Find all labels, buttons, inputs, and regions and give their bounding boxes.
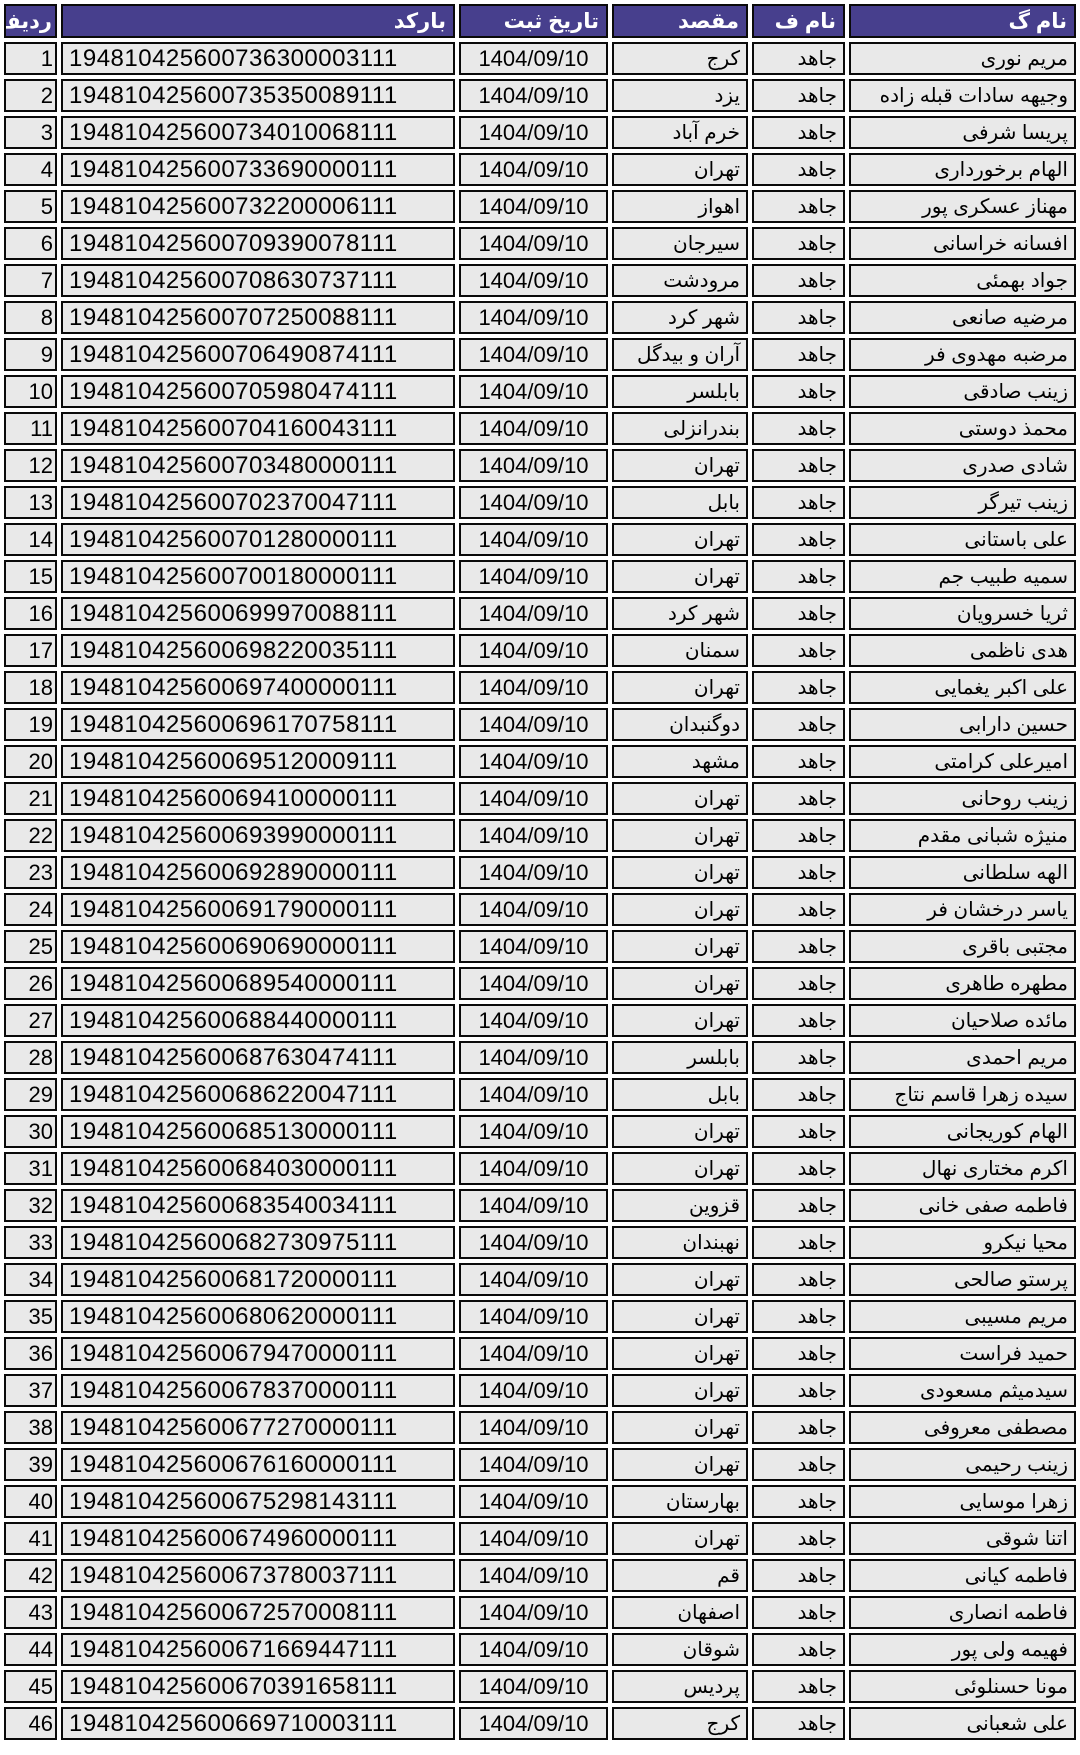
cell-row-number: 38 xyxy=(4,1411,57,1444)
cell-row-number: 44 xyxy=(4,1633,57,1666)
cell-barcode: 194810425600689540000111 xyxy=(61,967,455,1000)
cell-date: 1404/09/10 xyxy=(459,1226,608,1259)
cell-row-number: 29 xyxy=(4,1078,57,1111)
cell-date: 1404/09/10 xyxy=(459,819,608,852)
cell-destination: تهران xyxy=(612,1337,748,1370)
cell-row-number: 1 xyxy=(4,42,57,75)
cell-barcode: 194810425600705980474111 xyxy=(61,375,455,408)
cell-row-number: 9 xyxy=(4,338,57,371)
cell-date: 1404/09/10 xyxy=(459,1670,608,1703)
cell-row-number: 6 xyxy=(4,227,57,260)
report-page: نام گ نام ف مقصد تاریخ ثبت بارکد ردیف مر… xyxy=(0,0,1080,1755)
cell-row-number: 8 xyxy=(4,301,57,334)
cell-sender-name: جاهد xyxy=(752,560,845,593)
cell-recipient-name: جواد بهمئی xyxy=(849,264,1076,297)
cell-sender-name: جاهد xyxy=(752,1485,845,1518)
cell-barcode: 194810425600736300003111 xyxy=(61,42,455,75)
cell-destination: کرج xyxy=(612,1707,748,1740)
cell-row-number: 24 xyxy=(4,893,57,926)
cell-sender-name: جاهد xyxy=(752,634,845,667)
cell-row-number: 45 xyxy=(4,1670,57,1703)
cell-recipient-name: مریم احمدی xyxy=(849,1041,1076,1074)
cell-destination: تهران xyxy=(612,1263,748,1296)
cell-barcode: 194810425600697400000111 xyxy=(61,671,455,704)
cell-row-number: 5 xyxy=(4,190,57,223)
cell-row-number: 13 xyxy=(4,486,57,519)
cell-barcode: 194810425600687630474111 xyxy=(61,1041,455,1074)
table-row: فاطمه کیانیجاهدقم1404/09/101948104256006… xyxy=(4,1559,1076,1592)
cell-destination: تهران xyxy=(612,449,748,482)
table-row: سیده زهرا قاسم نتاججاهدبابل1404/09/10194… xyxy=(4,1078,1076,1111)
cell-destination: کرج xyxy=(612,42,748,75)
table-row: سیدمیثم مسعودیجاهدتهران1404/09/101948104… xyxy=(4,1374,1076,1407)
cell-barcode: 194810425600679470000111 xyxy=(61,1337,455,1370)
table-row: زهرا موساییجاهدبهارستان1404/09/101948104… xyxy=(4,1485,1076,1518)
cell-recipient-name: حمید فراست xyxy=(849,1337,1076,1370)
cell-destination: بندرانزلی xyxy=(612,412,748,445)
cell-row-number: 3 xyxy=(4,116,57,149)
cell-row-number: 33 xyxy=(4,1226,57,1259)
cell-row-number: 12 xyxy=(4,449,57,482)
cell-recipient-name: مرضیه صانعی xyxy=(849,301,1076,334)
cell-sender-name: جاهد xyxy=(752,1670,845,1703)
cell-row-number: 20 xyxy=(4,745,57,778)
table-row: فاطمه انصاریجاهداصفهان1404/09/1019481042… xyxy=(4,1596,1076,1629)
cell-date: 1404/09/10 xyxy=(459,671,608,704)
cell-recipient-name: محمذ دوستی xyxy=(849,412,1076,445)
cell-barcode: 194810425600702370047111 xyxy=(61,486,455,519)
table-row: مهناز عسکری پورجاهداهواز1404/09/10194810… xyxy=(4,190,1076,223)
table-row: مریم احمدیجاهدبابلسر1404/09/101948104256… xyxy=(4,1041,1076,1074)
cell-destination: تهران xyxy=(612,967,748,1000)
cell-sender-name: جاهد xyxy=(752,819,845,852)
cell-date: 1404/09/10 xyxy=(459,560,608,593)
cell-row-number: 37 xyxy=(4,1374,57,1407)
cell-sender-name: جاهد xyxy=(752,1374,845,1407)
cell-barcode: 194810425600685130000111 xyxy=(61,1115,455,1148)
cell-sender-name: جاهد xyxy=(752,153,845,186)
table-row: علی اکبر یغماییجاهدتهران1404/09/10194810… xyxy=(4,671,1076,704)
cell-barcode: 194810425600671669447111 xyxy=(61,1633,455,1666)
cell-barcode: 194810425600683540034111 xyxy=(61,1189,455,1222)
cell-sender-name: جاهد xyxy=(752,227,845,260)
table-row: سمیه طبیب جمجاهدتهران1404/09/10194810425… xyxy=(4,560,1076,593)
cell-date: 1404/09/10 xyxy=(459,338,608,371)
table-row: الهام کوریجانیجاهدتهران1404/09/101948104… xyxy=(4,1115,1076,1148)
table-row: علی باستانیجاهدتهران1404/09/101948104256… xyxy=(4,523,1076,556)
cell-row-number: 42 xyxy=(4,1559,57,1592)
cell-recipient-name: محیا نیکرو xyxy=(849,1226,1076,1259)
cell-barcode: 194810425600693990000111 xyxy=(61,819,455,852)
cell-date: 1404/09/10 xyxy=(459,79,608,112)
table-row: مجتبی باقریجاهدتهران1404/09/101948104256… xyxy=(4,930,1076,963)
cell-recipient-name: مطهره طاهری xyxy=(849,967,1076,1000)
cell-row-number: 4 xyxy=(4,153,57,186)
cell-recipient-name: فاطمه انصاری xyxy=(849,1596,1076,1629)
cell-row-number: 15 xyxy=(4,560,57,593)
cell-sender-name: جاهد xyxy=(752,79,845,112)
cell-destination: سیرجان xyxy=(612,227,748,260)
cell-recipient-name: فاطمه کیانی xyxy=(849,1559,1076,1592)
cell-sender-name: جاهد xyxy=(752,190,845,223)
cell-barcode: 194810425600690690000111 xyxy=(61,930,455,963)
column-header-barcode: بارکد xyxy=(61,4,455,38)
cell-date: 1404/09/10 xyxy=(459,1707,608,1740)
table-row: زینب تیرگرجاهدبابل1404/09/10194810425600… xyxy=(4,486,1076,519)
cell-recipient-name: مریم نوری xyxy=(849,42,1076,75)
cell-date: 1404/09/10 xyxy=(459,1596,608,1629)
cell-sender-name: جاهد xyxy=(752,1411,845,1444)
cell-barcode: 194810425600704160043111 xyxy=(61,412,455,445)
cell-barcode: 194810425600688440000111 xyxy=(61,1004,455,1037)
cell-date: 1404/09/10 xyxy=(459,523,608,556)
table-row: هدی ناظمیجاهدسمنان1404/09/10194810425600… xyxy=(4,634,1076,667)
cell-barcode: 194810425600700180000111 xyxy=(61,560,455,593)
table-row: امیرعلی کرامتیجاهدمشهد1404/09/1019481042… xyxy=(4,745,1076,778)
cell-row-number: 27 xyxy=(4,1004,57,1037)
cell-row-number: 30 xyxy=(4,1115,57,1148)
cell-destination: تهران xyxy=(612,1115,748,1148)
cell-row-number: 16 xyxy=(4,597,57,630)
table-row: مرضیه صانعیجاهدشهر کرد1404/09/1019481042… xyxy=(4,301,1076,334)
cell-date: 1404/09/10 xyxy=(459,449,608,482)
table-row: افسانه خراسانیجاهدسیرجان1404/09/10194810… xyxy=(4,227,1076,260)
cell-sender-name: جاهد xyxy=(752,930,845,963)
cell-recipient-name: الهام برخورداری xyxy=(849,153,1076,186)
table-row: زینب روحانیجاهدتهران1404/09/101948104256… xyxy=(4,782,1076,815)
cell-destination: تهران xyxy=(612,1004,748,1037)
cell-date: 1404/09/10 xyxy=(459,153,608,186)
cell-row-number: 2 xyxy=(4,79,57,112)
cell-barcode: 194810425600709390078111 xyxy=(61,227,455,260)
cell-date: 1404/09/10 xyxy=(459,1189,608,1222)
cell-barcode: 194810425600695120009111 xyxy=(61,745,455,778)
cell-recipient-name: مجتبی باقری xyxy=(849,930,1076,963)
table-row: جواد بهمئیجاهدمرودشت1404/09/101948104256… xyxy=(4,264,1076,297)
cell-date: 1404/09/10 xyxy=(459,597,608,630)
cell-destination: تهران xyxy=(612,1152,748,1185)
cell-barcode: 194810425600701280000111 xyxy=(61,523,455,556)
cell-barcode: 194810425600699970088111 xyxy=(61,597,455,630)
cell-recipient-name: پرستو صالحی xyxy=(849,1263,1076,1296)
cell-date: 1404/09/10 xyxy=(459,264,608,297)
cell-sender-name: جاهد xyxy=(752,597,845,630)
table-row: یاسر درخشان فرجاهدتهران1404/09/101948104… xyxy=(4,893,1076,926)
cell-recipient-name: منیژه شبانی مقدم xyxy=(849,819,1076,852)
cell-sender-name: جاهد xyxy=(752,1300,845,1333)
cell-destination: شهر کرد xyxy=(612,597,748,630)
cell-sender-name: جاهد xyxy=(752,338,845,371)
table-row: حمید فراستجاهدتهران1404/09/1019481042560… xyxy=(4,1337,1076,1370)
cell-date: 1404/09/10 xyxy=(459,227,608,260)
cell-sender-name: جاهد xyxy=(752,967,845,1000)
header-row: نام گ نام ف مقصد تاریخ ثبت بارکد ردیف xyxy=(4,4,1076,38)
cell-sender-name: جاهد xyxy=(752,1152,845,1185)
cell-sender-name: جاهد xyxy=(752,116,845,149)
cell-row-number: 21 xyxy=(4,782,57,815)
cell-barcode: 194810425600734010068111 xyxy=(61,116,455,149)
cell-sender-name: جاهد xyxy=(752,1559,845,1592)
cell-recipient-name: امیرعلی کرامتی xyxy=(849,745,1076,778)
cell-sender-name: جاهد xyxy=(752,856,845,889)
table-row: منیژه شبانی مقدمجاهدتهران1404/09/1019481… xyxy=(4,819,1076,852)
cell-destination: تهران xyxy=(612,1411,748,1444)
cell-destination: پردیس xyxy=(612,1670,748,1703)
table-row: فاطمه صفی خانیجاهدقزوین1404/09/101948104… xyxy=(4,1189,1076,1222)
cell-barcode: 194810425600684030000111 xyxy=(61,1152,455,1185)
cell-destination: بابلسر xyxy=(612,1041,748,1074)
table-row: ثریا خسرویانجاهدشهر کرد1404/09/101948104… xyxy=(4,597,1076,630)
cell-destination: بابل xyxy=(612,1078,748,1111)
table-row: زینب رحیمیجاهدتهران1404/09/1019481042560… xyxy=(4,1448,1076,1481)
cell-sender-name: جاهد xyxy=(752,782,845,815)
cell-sender-name: جاهد xyxy=(752,486,845,519)
cell-date: 1404/09/10 xyxy=(459,856,608,889)
cell-recipient-name: مریم مسیبی xyxy=(849,1300,1076,1333)
cell-row-number: 26 xyxy=(4,967,57,1000)
cell-sender-name: جاهد xyxy=(752,301,845,334)
table-row: الهه سلطانیجاهدتهران1404/09/101948104256… xyxy=(4,856,1076,889)
table-row: اتنا شوقیجاهدتهران1404/09/10194810425600… xyxy=(4,1522,1076,1555)
cell-destination: نهبندان xyxy=(612,1226,748,1259)
cell-recipient-name: زینب روحانی xyxy=(849,782,1076,815)
cell-row-number: 43 xyxy=(4,1596,57,1629)
cell-recipient-name: سمیه طبیب جم xyxy=(849,560,1076,593)
cell-destination: شهر کرد xyxy=(612,301,748,334)
cell-date: 1404/09/10 xyxy=(459,1411,608,1444)
cell-sender-name: جاهد xyxy=(752,1707,845,1740)
cell-row-number: 32 xyxy=(4,1189,57,1222)
cell-barcode: 194810425600707250088111 xyxy=(61,301,455,334)
table-row: محیا نیکروجاهدنهبندان1404/09/10194810425… xyxy=(4,1226,1076,1259)
cell-recipient-name: ثریا خسرویان xyxy=(849,597,1076,630)
cell-recipient-name: علی شعبانی xyxy=(849,1707,1076,1740)
cell-recipient-name: وجیهه سادات قبله زاده xyxy=(849,79,1076,112)
table-row: مائده صلاحیانجاهدتهران1404/09/1019481042… xyxy=(4,1004,1076,1037)
cell-sender-name: جاهد xyxy=(752,375,845,408)
cell-date: 1404/09/10 xyxy=(459,412,608,445)
cell-destination: مرودشت xyxy=(612,264,748,297)
cell-date: 1404/09/10 xyxy=(459,1374,608,1407)
table-row: مرضبه مهدوی فرجاهدآران و بیدگل1404/09/10… xyxy=(4,338,1076,371)
cell-destination: قزوین xyxy=(612,1189,748,1222)
cell-recipient-name: علی اکبر یغمایی xyxy=(849,671,1076,704)
table-row: مونا حسنلوئیجاهدپردیس1404/09/10194810425… xyxy=(4,1670,1076,1703)
table-row: پرستو صالحیجاهدتهران1404/09/101948104256… xyxy=(4,1263,1076,1296)
cell-recipient-name: زینب صادقی xyxy=(849,375,1076,408)
cell-sender-name: جاهد xyxy=(752,1633,845,1666)
cell-sender-name: جاهد xyxy=(752,1263,845,1296)
cell-date: 1404/09/10 xyxy=(459,1004,608,1037)
cell-recipient-name: سیدمیثم مسعودی xyxy=(849,1374,1076,1407)
cell-barcode: 194810425600680620000111 xyxy=(61,1300,455,1333)
cell-sender-name: جاهد xyxy=(752,893,845,926)
cell-row-number: 25 xyxy=(4,930,57,963)
cell-recipient-name: علی باستانی xyxy=(849,523,1076,556)
cell-sender-name: جاهد xyxy=(752,42,845,75)
cell-date: 1404/09/10 xyxy=(459,1115,608,1148)
cell-sender-name: جاهد xyxy=(752,449,845,482)
cell-recipient-name: فاطمه صفی خانی xyxy=(849,1189,1076,1222)
cell-destination: تهران xyxy=(612,671,748,704)
table-row: وجیهه سادات قبله زادهجاهدیزد1404/09/1019… xyxy=(4,79,1076,112)
cell-destination: تهران xyxy=(612,1522,748,1555)
cell-date: 1404/09/10 xyxy=(459,930,608,963)
cell-barcode: 194810425600732200006111 xyxy=(61,190,455,223)
table-header: نام گ نام ف مقصد تاریخ ثبت بارکد ردیف xyxy=(4,4,1076,38)
cell-recipient-name: شادی صدری xyxy=(849,449,1076,482)
cell-sender-name: جاهد xyxy=(752,412,845,445)
cell-sender-name: جاهد xyxy=(752,671,845,704)
cell-destination: تهران xyxy=(612,819,748,852)
cell-row-number: 40 xyxy=(4,1485,57,1518)
cell-date: 1404/09/10 xyxy=(459,1041,608,1074)
cell-row-number: 28 xyxy=(4,1041,57,1074)
cell-date: 1404/09/10 xyxy=(459,375,608,408)
cell-sender-name: جاهد xyxy=(752,1078,845,1111)
cell-destination: تهران xyxy=(612,1448,748,1481)
cell-destination: بابل xyxy=(612,486,748,519)
cell-barcode: 194810425600733690000111 xyxy=(61,153,455,186)
table-row: مصطفی معروفیجاهدتهران1404/09/10194810425… xyxy=(4,1411,1076,1444)
cell-sender-name: جاهد xyxy=(752,1115,845,1148)
table-row: فهیمه ولی پورجاهدشوقان1404/09/1019481042… xyxy=(4,1633,1076,1666)
cell-row-number: 11 xyxy=(4,412,57,445)
cell-barcode: 194810425600675298143111 xyxy=(61,1485,455,1518)
cell-sender-name: جاهد xyxy=(752,1522,845,1555)
cell-barcode: 194810425600673780037111 xyxy=(61,1559,455,1592)
cell-date: 1404/09/10 xyxy=(459,1078,608,1111)
table-row: پریسا شرفیجاهدخرم آباد1404/09/1019481042… xyxy=(4,116,1076,149)
cell-row-number: 46 xyxy=(4,1707,57,1740)
cell-row-number: 14 xyxy=(4,523,57,556)
table-row: شادی صدریجاهدتهران1404/09/10194810425600… xyxy=(4,449,1076,482)
cell-date: 1404/09/10 xyxy=(459,1633,608,1666)
cell-barcode: 194810425600678370000111 xyxy=(61,1374,455,1407)
cell-sender-name: جاهد xyxy=(752,1337,845,1370)
cell-barcode: 194810425600674960000111 xyxy=(61,1522,455,1555)
cell-barcode: 194810425600694100000111 xyxy=(61,782,455,815)
cell-barcode: 194810425600686220047111 xyxy=(61,1078,455,1111)
cell-barcode: 194810425600692890000111 xyxy=(61,856,455,889)
cell-barcode: 194810425600676160000111 xyxy=(61,1448,455,1481)
table-row: مطهره طاهریجاهدتهران1404/09/101948104256… xyxy=(4,967,1076,1000)
cell-barcode: 194810425600691790000111 xyxy=(61,893,455,926)
table-row: زینب صادقیجاهدبابلسر1404/09/101948104256… xyxy=(4,375,1076,408)
cell-recipient-name: فهیمه ولی پور xyxy=(849,1633,1076,1666)
cell-recipient-name: هدی ناظمی xyxy=(849,634,1076,667)
cell-barcode: 194810425600706490874111 xyxy=(61,338,455,371)
cell-date: 1404/09/10 xyxy=(459,1263,608,1296)
cell-row-number: 31 xyxy=(4,1152,57,1185)
cell-barcode: 194810425600703480000111 xyxy=(61,449,455,482)
cell-date: 1404/09/10 xyxy=(459,1448,608,1481)
cell-date: 1404/09/10 xyxy=(459,1559,608,1592)
cell-recipient-name: حسین دارابی xyxy=(849,708,1076,741)
cell-recipient-name: اکرم مختاری نهال xyxy=(849,1152,1076,1185)
cell-row-number: 34 xyxy=(4,1263,57,1296)
cell-row-number: 17 xyxy=(4,634,57,667)
cell-recipient-name: الهام کوریجانی xyxy=(849,1115,1076,1148)
cell-sender-name: جاهد xyxy=(752,1189,845,1222)
cell-barcode: 194810425600672570008111 xyxy=(61,1596,455,1629)
cell-recipient-name: یاسر درخشان فر xyxy=(849,893,1076,926)
cell-date: 1404/09/10 xyxy=(459,893,608,926)
column-header-register-date: تاریخ ثبت xyxy=(459,4,608,38)
cell-sender-name: جاهد xyxy=(752,523,845,556)
cell-sender-name: جاهد xyxy=(752,1004,845,1037)
cell-destination: بابلسر xyxy=(612,375,748,408)
table-body: مریم نوریجاهدکرج1404/09/1019481042560073… xyxy=(4,42,1076,1740)
cell-date: 1404/09/10 xyxy=(459,745,608,778)
cell-row-number: 41 xyxy=(4,1522,57,1555)
cell-row-number: 39 xyxy=(4,1448,57,1481)
cell-date: 1404/09/10 xyxy=(459,1337,608,1370)
cell-row-number: 7 xyxy=(4,264,57,297)
cell-date: 1404/09/10 xyxy=(459,301,608,334)
cell-date: 1404/09/10 xyxy=(459,967,608,1000)
cell-destination: بهارستان xyxy=(612,1485,748,1518)
cell-row-number: 18 xyxy=(4,671,57,704)
cell-sender-name: جاهد xyxy=(752,1041,845,1074)
cell-recipient-name: افسانه خراسانی xyxy=(849,227,1076,260)
cell-destination: قم xyxy=(612,1559,748,1592)
cell-date: 1404/09/10 xyxy=(459,1522,608,1555)
cell-date: 1404/09/10 xyxy=(459,116,608,149)
cell-destination: آران و بیدگل xyxy=(612,338,748,371)
column-header-destination: مقصد xyxy=(612,4,748,38)
cell-recipient-name: زینب رحیمی xyxy=(849,1448,1076,1481)
column-header-row-number: ردیف xyxy=(4,4,57,38)
cell-date: 1404/09/10 xyxy=(459,1485,608,1518)
cell-recipient-name: اتنا شوقی xyxy=(849,1522,1076,1555)
cell-destination: تهران xyxy=(612,1374,748,1407)
cell-destination: سمنان xyxy=(612,634,748,667)
table-row: الهام برخورداریجاهدتهران1404/09/10194810… xyxy=(4,153,1076,186)
cell-barcode: 194810425600682730975111 xyxy=(61,1226,455,1259)
table-row: حسین دارابیجاهددوگنبدان1404/09/101948104… xyxy=(4,708,1076,741)
cell-row-number: 35 xyxy=(4,1300,57,1333)
cell-date: 1404/09/10 xyxy=(459,190,608,223)
cell-destination: تهران xyxy=(612,856,748,889)
cell-barcode: 194810425600696170758111 xyxy=(61,708,455,741)
cell-barcode: 194810425600669710003111 xyxy=(61,1707,455,1740)
cell-sender-name: جاهد xyxy=(752,745,845,778)
cell-row-number: 10 xyxy=(4,375,57,408)
table-row: محمذ دوستیجاهدبندرانزلی1404/09/101948104… xyxy=(4,412,1076,445)
cell-row-number: 19 xyxy=(4,708,57,741)
cell-date: 1404/09/10 xyxy=(459,708,608,741)
cell-recipient-name: مصطفی معروفی xyxy=(849,1411,1076,1444)
cell-date: 1404/09/10 xyxy=(459,42,608,75)
table-row: علی شعبانیجاهدکرج1404/09/101948104256006… xyxy=(4,1707,1076,1740)
column-header-sender-name: نام ف xyxy=(752,4,845,38)
cell-recipient-name: زینب تیرگر xyxy=(849,486,1076,519)
table-row: مریم نوریجاهدکرج1404/09/1019481042560073… xyxy=(4,42,1076,75)
cell-row-number: 22 xyxy=(4,819,57,852)
cell-destination: تهران xyxy=(612,1300,748,1333)
cell-destination: شوقان xyxy=(612,1633,748,1666)
cell-destination: تهران xyxy=(612,153,748,186)
cell-barcode: 194810425600708630737111 xyxy=(61,264,455,297)
shipments-table: نام گ نام ف مقصد تاریخ ثبت بارکد ردیف مر… xyxy=(0,0,1080,1744)
cell-sender-name: جاهد xyxy=(752,1596,845,1629)
cell-date: 1404/09/10 xyxy=(459,1152,608,1185)
cell-recipient-name: الهه سلطانی xyxy=(849,856,1076,889)
cell-destination: تهران xyxy=(612,560,748,593)
column-header-recipient-name: نام گ xyxy=(849,4,1076,38)
cell-sender-name: جاهد xyxy=(752,264,845,297)
